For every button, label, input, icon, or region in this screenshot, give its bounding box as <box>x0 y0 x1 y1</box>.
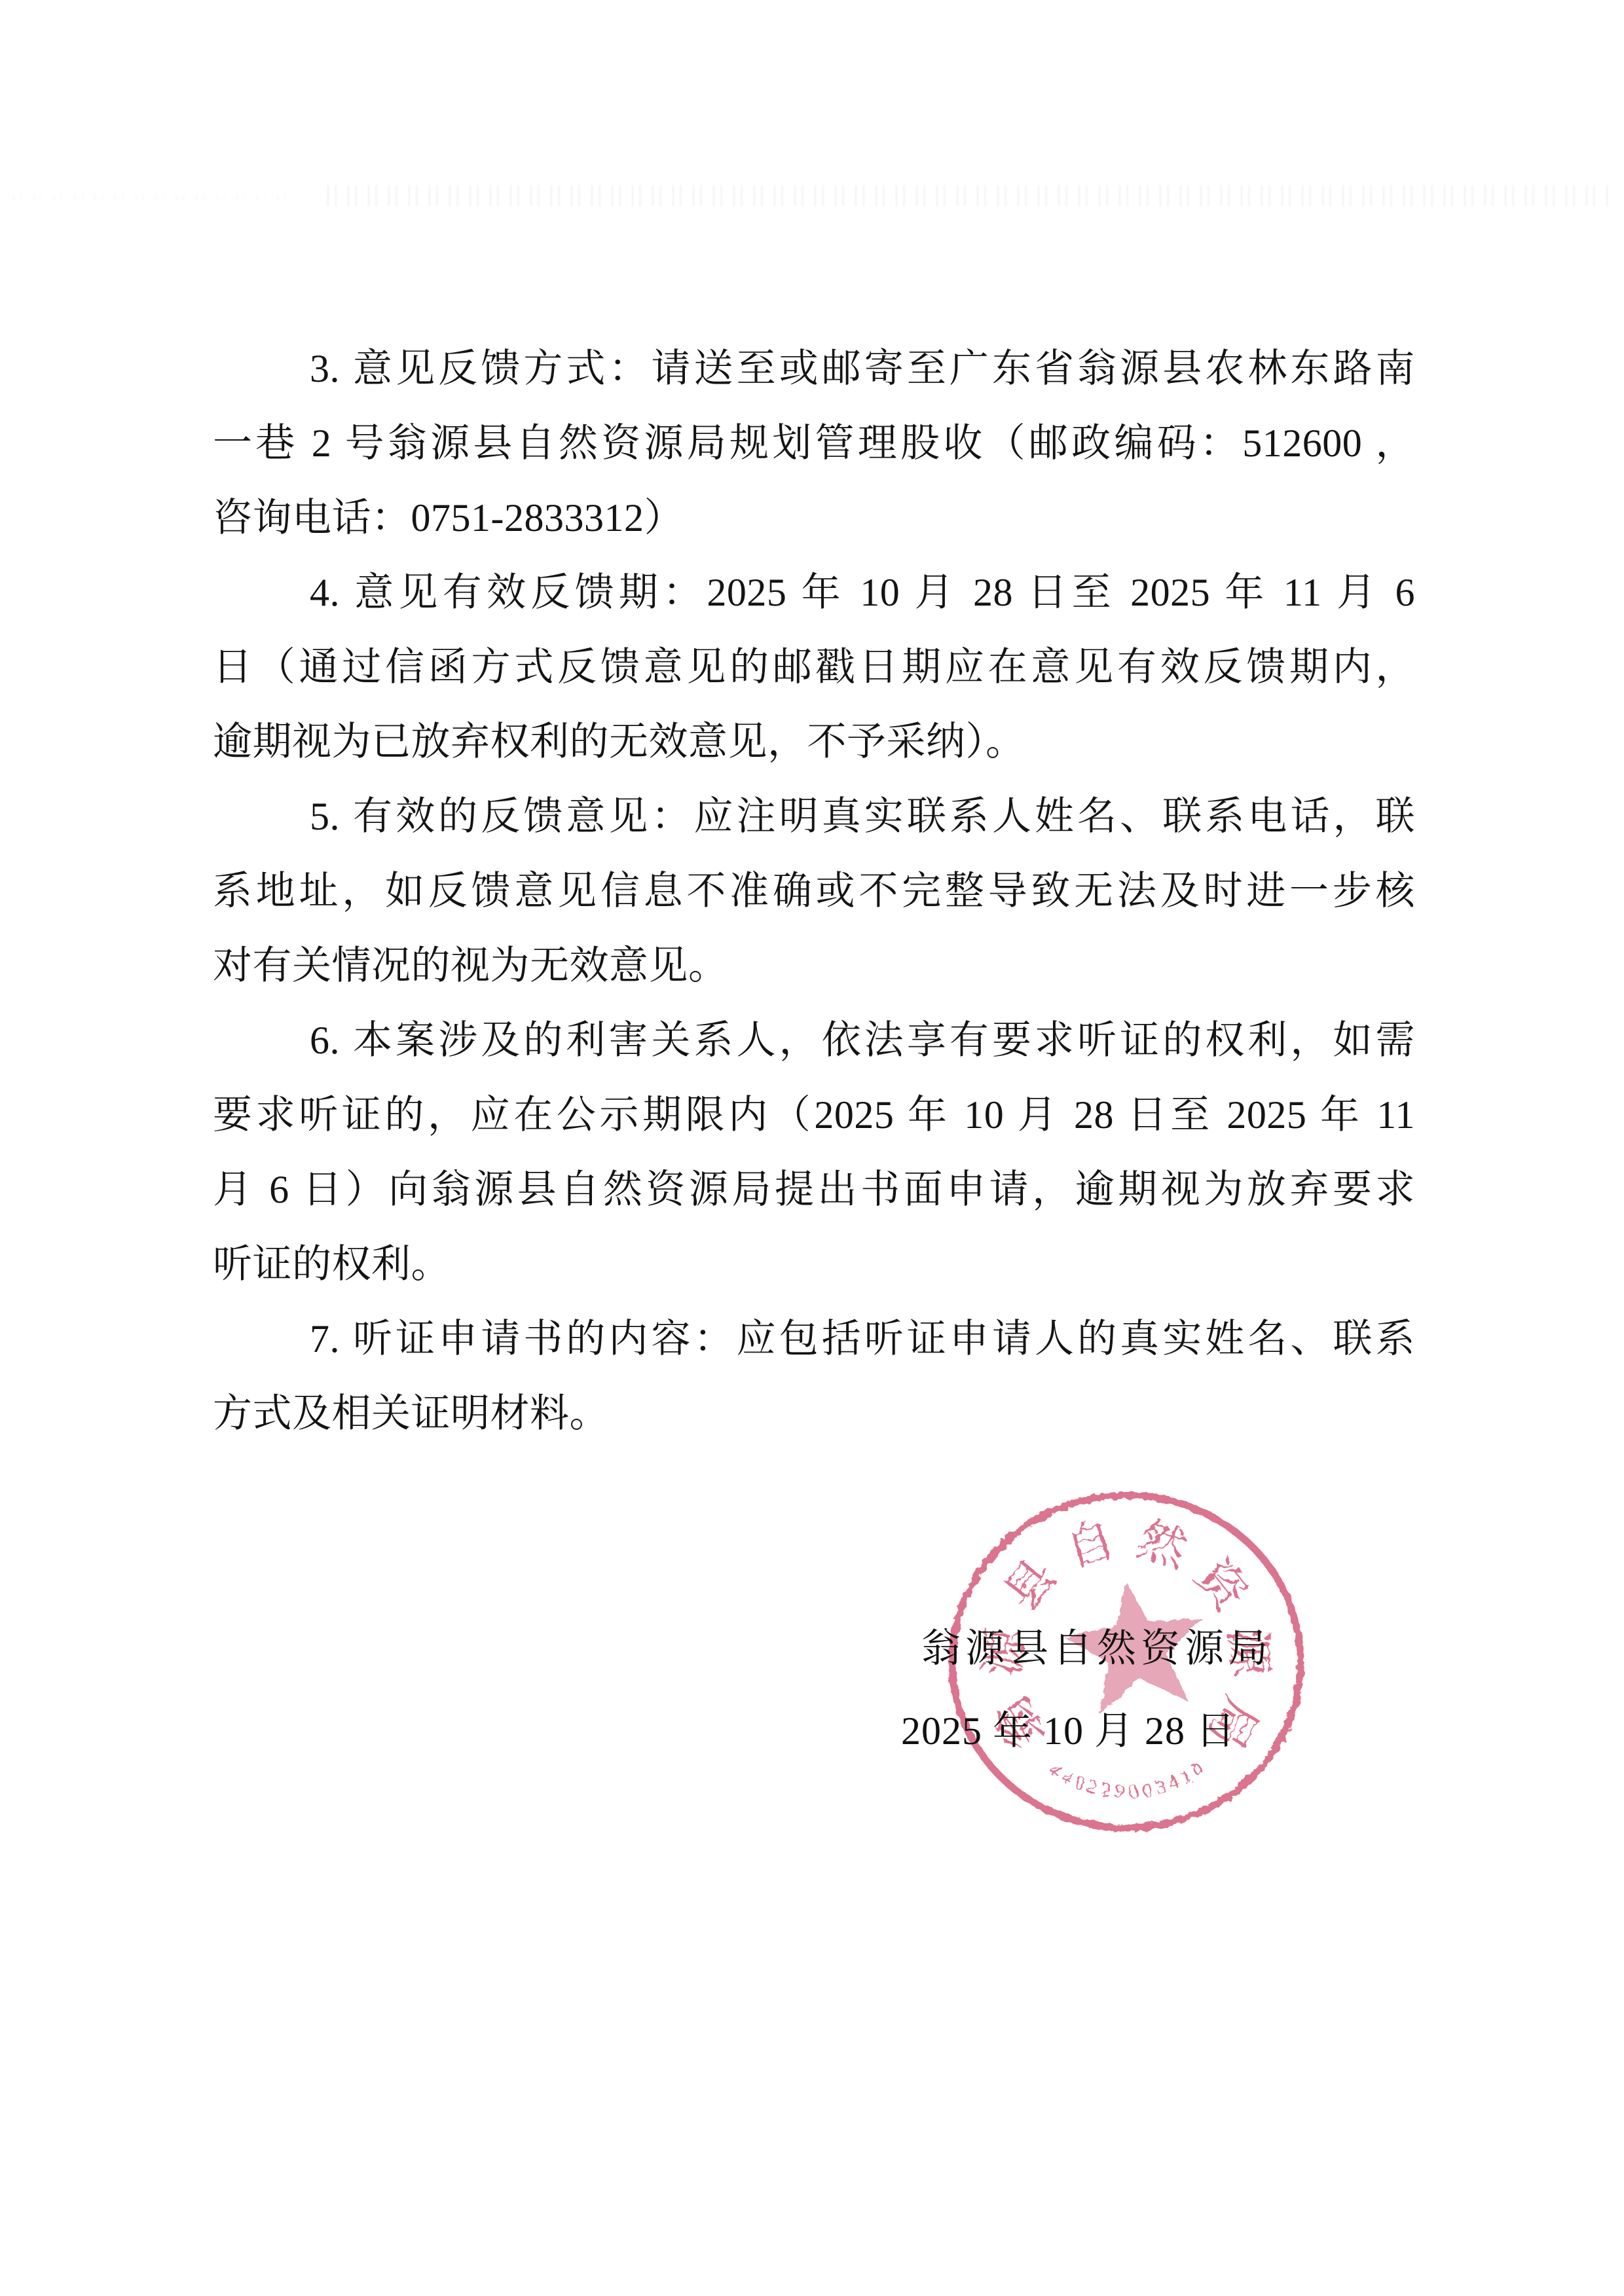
body-line-feedback-method: 3. 意见反馈方式：请送至或邮寄至广东省翁源县农林东路南 <box>213 331 1415 406</box>
body-line: 月 6 日）向翁源县自然资源局提出书面申请，逾期视为放弃要求 <box>213 1152 1415 1227</box>
body-line: 咨询电话：0751-2833312） <box>213 481 1415 555</box>
seal-ring-char: 自 <box>1060 1512 1122 1578</box>
body-line: 逾期视为已放弃权利的无效意见，不予采纳）。 <box>213 704 1415 779</box>
seal-ring-char: 资 <box>1185 1550 1258 1623</box>
seal-ring-char: 然 <box>1131 1512 1194 1578</box>
body-line: 对有关情况的视为无效意见。 <box>213 928 1415 1003</box>
body-line-valid-feedback: 5. 有效的反馈意见：应注明真实联系人姓名、联系电话，联 <box>213 779 1415 854</box>
body-line: 听证的权利。 <box>213 1227 1415 1302</box>
body-line: 要求听证的，应在公示期限内（2025 年 10 月 28 日至 2025 年 1… <box>213 1078 1415 1152</box>
body-line-hearing-right: 6. 本案涉及的利害关系人，依法享有要求听证的权利，如需 <box>213 1003 1415 1078</box>
scan-artifact-band <box>13 194 288 202</box>
body-line: 系地址，如反馈意见信息不准确或不完整导致无法及时进一步核 <box>213 854 1415 928</box>
body-line-feedback-period: 4. 意见有效反馈期：2025 年 10 月 28 日至 2025 年 11 月… <box>213 555 1415 630</box>
body-line: 一巷 2 号翁源县自然资源局规划管理股收（邮政编码：512600 ， <box>213 406 1415 481</box>
signature-date: 2025 年 10 月 28 日 <box>901 1710 1236 1752</box>
scan-artifact-band <box>327 185 1608 206</box>
body-line: 日（通过信函方式反馈意见的邮戳日期应在意见有效反馈期内， <box>213 630 1415 704</box>
body-line: 方式及相关证明材料。 <box>213 1376 1415 1451</box>
notice-body: 3. 意见反馈方式：请送至或邮寄至广东省翁源县农林东路南 一巷 2 号翁源县自然… <box>213 331 1415 1451</box>
signature-org: 翁源县自然资源局 <box>921 1628 1272 1669</box>
seal-ring-char: 县 <box>995 1550 1067 1622</box>
body-line-hearing-content: 7. 听证申请书的内容：应包括听证申请人的真实姓名、联系 <box>213 1302 1415 1376</box>
